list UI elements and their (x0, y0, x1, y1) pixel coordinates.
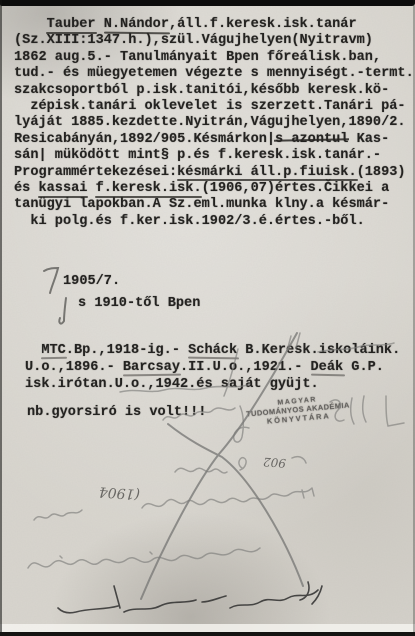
photo-edge-top (0, 0, 415, 6)
handwriting-squiggle-4 (28, 548, 260, 568)
typed-insert-note-2: s 1910-től Bpen (78, 296, 200, 311)
typed-insert-note-1: 1905/7. (63, 274, 120, 289)
typed-line: szakcsoportból p.isk.tanitói,később kere… (14, 83, 389, 98)
typed-line: U.o.,1896.- Barcsay.II.U.o.,1921.- Deák … (25, 360, 384, 375)
typed-line: ki polg.és f.ker.isk.1902/3.é.értes.-ből… (14, 214, 365, 229)
underline-mark (38, 196, 88, 198)
library-stamp: MAGYAR TUDOMÁNYOS AKADÉMIA KÖNYVTÁRA (239, 393, 357, 428)
typed-line: tanügyi lapokban.A Sz.eml.munka klny.a k… (14, 197, 389, 212)
handwritten-year-fragment: (1904 (78, 482, 141, 502)
typed-line: 1862 aug.5.- Tanulmányait Bpen főreálisk… (14, 50, 381, 65)
handwriting-ink-line (58, 586, 318, 613)
pencil-mark-right-L (386, 396, 404, 426)
handwriting-squiggle-1 (175, 457, 306, 473)
handwritten-number-fragment: 902 (252, 454, 287, 470)
photo-edge-bottom-light (0, 624, 415, 632)
typed-line: lyáját 1885.kezdette.Nyitrán,Vágujhelyen… (14, 115, 406, 130)
insert-caret-mark (44, 268, 58, 293)
scanned-catalog-card: Tauber N.Nándor,áll.f.keresk.isk.tanár (… (0, 0, 415, 636)
underline-mark (46, 32, 97, 34)
photo-edge-bottom (0, 632, 415, 636)
typed-line: MTC.Bp.,1918-ig.- Scháck B.Keresk.iskolá… (25, 343, 400, 358)
typed-line: sán| müködött mint§ p.és f.keresk.isk.ta… (14, 148, 381, 163)
crossout-x-line-2 (168, 424, 303, 586)
typed-line: tud.- és müegyetemen végezte s mennyiség… (14, 66, 414, 81)
typed-line: Programmértekezései:késmárki áll.p.fiuis… (14, 165, 406, 180)
pencil-underline-mark (311, 374, 345, 377)
typed-nb-note: nb.gyorsiró is volt!!! (27, 405, 206, 420)
photo-edge-left (0, 0, 2, 636)
typed-line: Tauber N.Nándor,áll.f.keresk.isk.tanár (14, 17, 357, 32)
pencil-underline-mark (41, 357, 67, 359)
insert-stroke-mark (59, 298, 66, 324)
typed-line: zépisk.tanári oklevelet is szerzett.Taná… (14, 99, 406, 114)
typed-line: (Sz.XIII:1347.h.),szül.Vágujhelyen(Nyitr… (14, 33, 373, 48)
underline-mark (95, 196, 202, 198)
underline-mark (177, 179, 358, 181)
handwriting-squiggle-3 (34, 510, 82, 520)
typed-line: és kassai f.keresk.isk.(1906,07)értes.Či… (14, 181, 389, 196)
pencil-underline-mark (123, 374, 181, 377)
handwriting-ink-flourish (300, 582, 322, 604)
handwriting-squiggle-2 (142, 488, 314, 508)
typed-line: isk.irótan.U.o.,1942.és saját gyüjt. (25, 377, 319, 392)
pencil-underline-mark (188, 357, 239, 360)
